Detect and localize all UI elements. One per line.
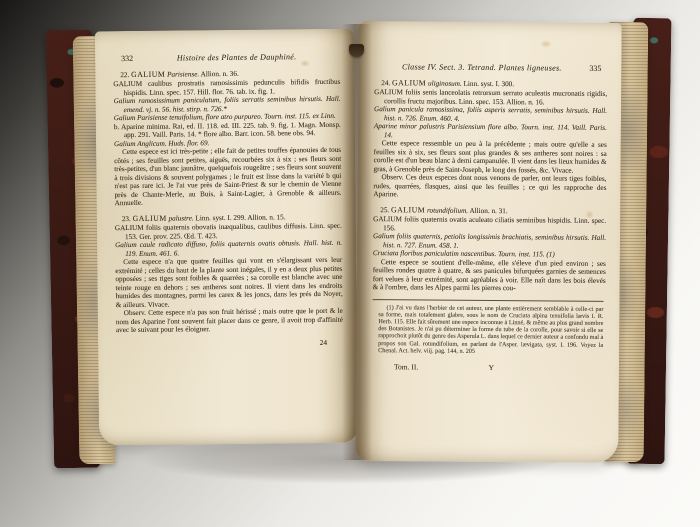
- observation-paragraph: Observ. Ces deux especes dont nous venon…: [373, 173, 606, 200]
- species-epithet: Parisiense.: [167, 70, 199, 78]
- species-reference: Linn. syst. I. 299. Allion. n. 15.: [195, 213, 285, 222]
- right-signature-mark: Y: [488, 364, 493, 373]
- citation-paragraph: b. Aparine minima. Rai, ed. II. 118. ed.…: [114, 120, 341, 139]
- footnote-rule: [373, 299, 604, 302]
- right-page: Classe IV. Sect. 3. Tetrand. Plantes lig…: [355, 21, 621, 463]
- right-running-head: Classe IV. Sect. 3. Tetrand. Plantes lig…: [374, 63, 607, 73]
- left-running-title: Histoire des Plantes de Dauphiné.: [133, 53, 340, 64]
- headband: [349, 44, 364, 57]
- left-page-number: 332: [121, 55, 133, 64]
- description-paragraph: Cette espece n'a que quatre feuilles qui…: [115, 256, 343, 309]
- species-entry-24: 24. GALIUM uliginosum. Linn. syst. I. 30…: [373, 79, 607, 201]
- left-running-head: 332 Histoire des Plantes de Dauphiné.: [113, 53, 340, 64]
- right-page-text: Classe IV. Sect. 3. Tetrand. Plantes lig…: [355, 21, 621, 463]
- species-reference: Allion. n. 36.: [201, 69, 239, 77]
- species-entry-22: 22. GALIUM Parisiense. Allion. n. 36. GA…: [113, 68, 341, 207]
- species-epithet: uliginosum.: [428, 79, 462, 87]
- species-genus: GALIUM: [391, 206, 425, 214]
- species-genus: GALIUM: [392, 79, 426, 87]
- book-photograph: 332 Histoire des Plantes de Dauphiné. 22…: [0, 0, 700, 527]
- species-heading: 24. GALIUM uliginosum. Linn. syst. I. 30…: [381, 79, 607, 89]
- footnote: (1) J'ai vu dans l'herbier de cet auteur…: [372, 304, 605, 356]
- right-running-title: Classe IV. Sect. 3. Tetrand. Plantes lig…: [374, 63, 589, 73]
- species-heading: 25. GALIUM rotundifolium. Allion. n. 31.: [380, 206, 606, 216]
- citation-paragraph: GALIUM foliis quaternis ovatis aculeato …: [373, 215, 606, 234]
- species-epithet: palustre.: [169, 214, 194, 222]
- species-genus: GALIUM: [133, 213, 167, 222]
- species-number: 24.: [381, 79, 390, 87]
- open-book: 332 Histoire des Plantes de Dauphiné. 22…: [0, 0, 700, 527]
- species-number: 23.: [122, 215, 131, 223]
- right-page-number: 335: [589, 65, 601, 74]
- species-entry-23: 23. GALIUM palustre. Linn. syst. I. 299.…: [115, 212, 343, 334]
- description-paragraph: Cette espece est ici très-petite ; elle …: [114, 146, 342, 208]
- citation-paragraph: GALIUM foliis senis lanceolatis retrorsu…: [374, 88, 607, 107]
- left-page-text: 332 Histoire des Plantes de Dauphiné. 22…: [95, 29, 358, 446]
- species-number: 25.: [380, 206, 389, 214]
- left-signature-mark: 24: [116, 338, 343, 349]
- species-reference: Allion. n. 31.: [469, 206, 507, 214]
- citation-paragraph: Aparine minor palustris Parisiensium flo…: [374, 122, 607, 141]
- observation-paragraph: Observ. Cette espece n'a pas son fruit h…: [116, 307, 343, 335]
- citation-paragraph: Galium foliis quaternis, petiolis longis…: [373, 232, 606, 251]
- species-entry-25: 25. GALIUM rotundifolium. Allion. n. 31.…: [373, 206, 607, 294]
- left-page: 332 Histoire des Plantes de Dauphiné. 22…: [95, 29, 358, 446]
- species-number: 22.: [120, 71, 129, 79]
- citation-paragraph: Galium panicula ramosissima, foliis aspe…: [374, 105, 607, 124]
- imprint-row: Tom. II. Y: [372, 363, 605, 377]
- description-paragraph: Cette espece se soutient d'elle-même, el…: [373, 258, 606, 294]
- species-reference: Linn. syst. I. 300.: [464, 79, 515, 87]
- species-epithet: rotundifolium.: [427, 206, 468, 214]
- description-paragraph: Cette espece ressemble un peu à la précé…: [374, 139, 607, 175]
- species-genus: GALIUM: [131, 69, 165, 78]
- volume-mark: Tom. II.: [394, 363, 418, 372]
